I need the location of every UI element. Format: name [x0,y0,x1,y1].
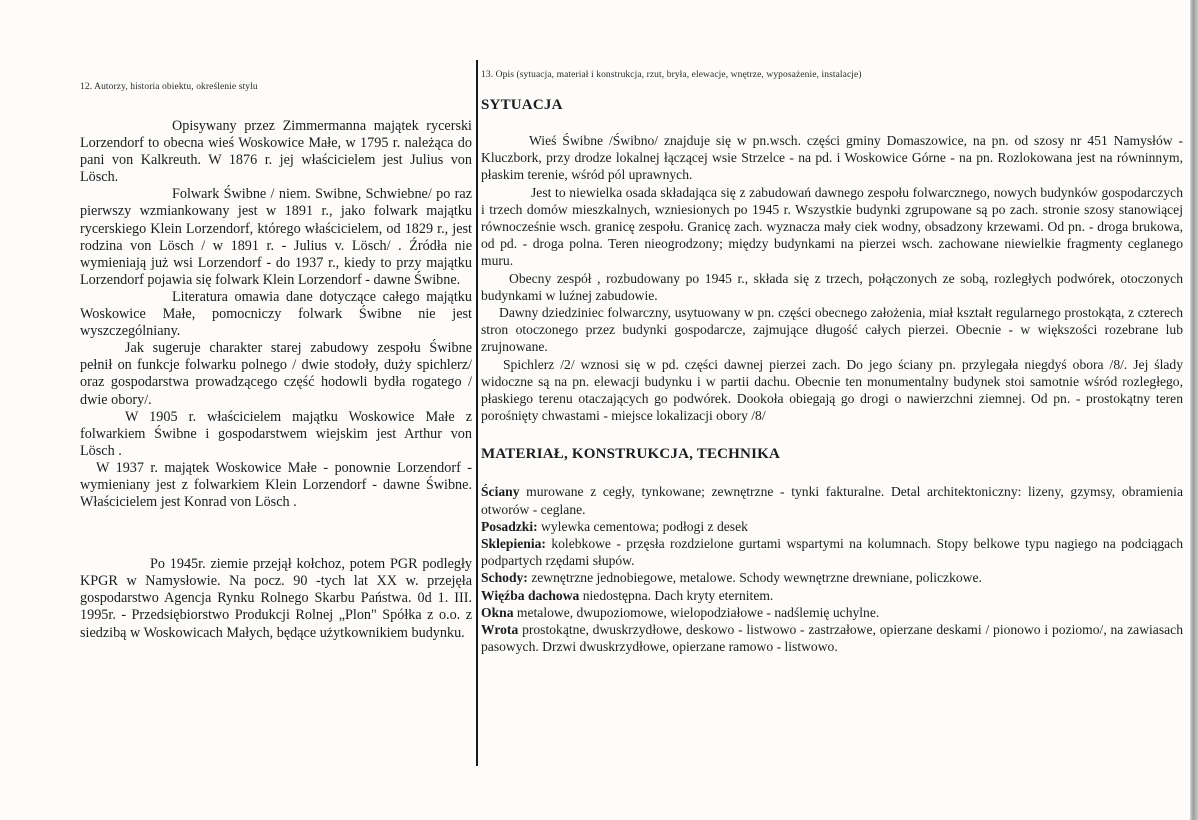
history-paragraph: W 1937 r. majątek Woskowice Małe - ponow… [80,460,472,511]
material-term: Schody: [481,570,528,585]
material-term: Posadzki: [481,519,538,534]
material-term: Ściany [481,484,520,499]
material-term: Wrota [481,622,518,637]
page-edge-shadow [1190,0,1198,820]
material-item-gates: Wrota prostokątne, dwuskrzydłowe, deskow… [481,621,1183,655]
heading-situation: SYTUACJA [481,97,1183,114]
material-term: Więźba dachowa [481,588,579,603]
situation-paragraph: Wieś Świbne /Świbno/ znajduje się w pn.w… [481,132,1183,184]
scanned-document-page: 12. Autorzy, historia obiektu, określeni… [0,0,1198,820]
history-paragraph: Folwark Świbne / niem. Swibne, Schwiebne… [80,186,472,289]
material-item-windows: Okna metalowe, dwupoziomowe, wielopodzia… [481,604,1183,621]
situation-paragraph: Spichlerz /2/ wznosi się w pd. części da… [481,356,1183,425]
section-label-description: 13. Opis (sytuacja, materiał i konstrukc… [481,70,1183,80]
column-divider [476,60,478,766]
heading-material: MATERIAŁ, KONSTRUKCJA, TECHNIKA [481,446,1183,463]
description-column: 13. Opis (sytuacja, materiał i konstrukc… [481,70,1183,655]
situation-paragraph: Dawny dziedziniec folwarczny, usytuowany… [481,304,1183,356]
situation-paragraph: Jest to niewielka osada składająca się z… [481,184,1183,270]
material-item-floors: Posadzki: wylewka cementowa; podłogi z d… [481,518,1183,535]
history-paragraph: W 1905 r. właścicielem majątku Woskowice… [80,409,472,460]
material-item-roof-truss: Więźba dachowa niedostępna. Dach kryty e… [481,587,1183,604]
material-term: Okna [481,605,514,620]
material-item-stairs: Schody: zewnętrzne jednobiegowe, metalow… [481,569,1183,586]
history-column: 12. Autorzy, historia obiektu, określeni… [80,82,472,642]
section-label-history: 12. Autorzy, historia obiektu, określeni… [80,82,472,92]
history-paragraph: Literatura omawia dane dotyczące całego … [80,289,472,340]
history-paragraph: Jak sugeruje charakter starej zabudowy z… [80,340,472,408]
material-item-walls: Ściany murowane z cegły, tynkowane; zewn… [481,483,1183,517]
material-item-vaults: Sklepienia: kolebkowe - przęsła rozdziel… [481,535,1183,569]
material-term: Sklepienia: [481,536,546,551]
history-paragraph: Opisywany przez Zimmermanna majątek ryce… [80,118,472,186]
history-paragraph: Po 1945r. ziemie przejął kołchoz, potem … [80,556,472,641]
situation-paragraph: Obecny zespół , rozbudowany po 1945 r., … [481,270,1183,304]
